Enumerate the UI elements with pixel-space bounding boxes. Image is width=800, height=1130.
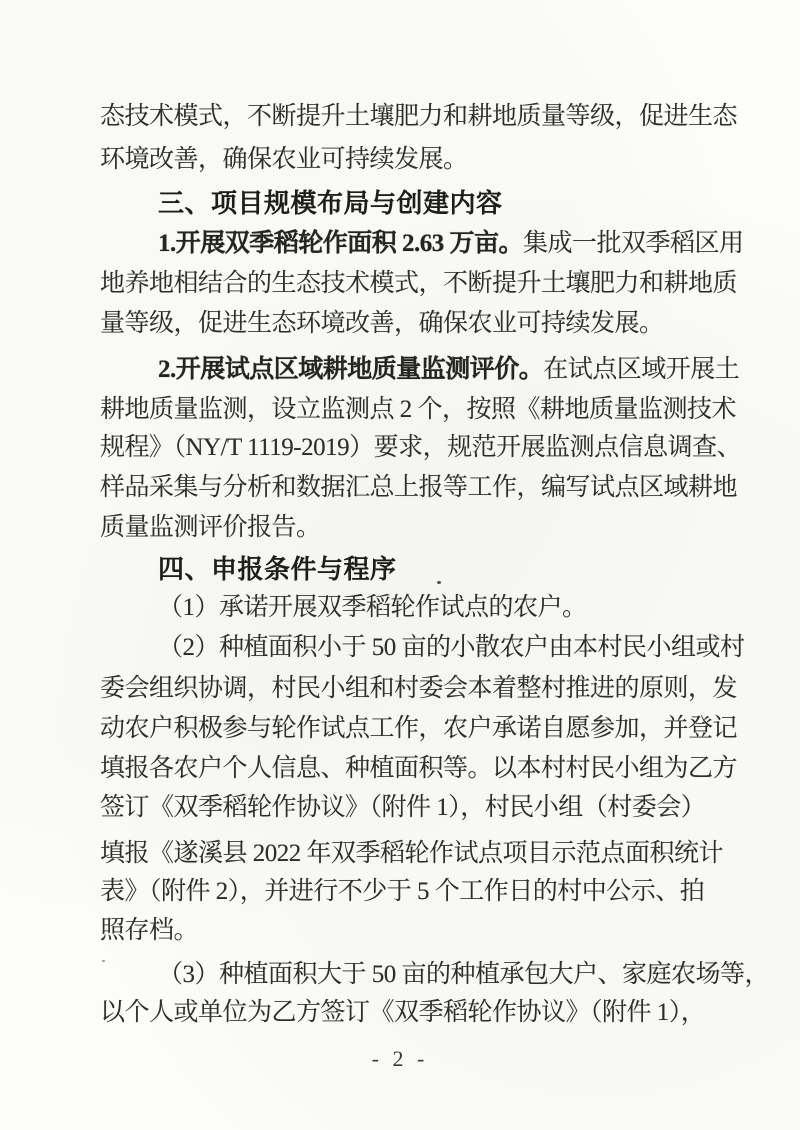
scan-artifact-dot xyxy=(102,960,105,962)
body-line: 2.开展试点区域耕地质量监测评价。在试点区域开展土 xyxy=(100,353,762,393)
body-line: （3）种植面积大于 50 亩的种植承包大户、家庭农场等， xyxy=(100,958,762,998)
body-line: 地养地相结合的生态技术模式，不断提升土壤肥力和耕地质 xyxy=(100,267,704,307)
page-number: - 2 - xyxy=(0,1046,800,1072)
body-line: 填报各农户个人信息、种植面积等。以本村村民小组为乙方 xyxy=(100,752,704,792)
body-line: 样品采集与分析和数据汇总上报等工作，编写试点区域耕地 xyxy=(100,471,704,511)
body-line: 委会组织协调，村民小组和村委会本着整村推进的原则，发 xyxy=(100,672,704,712)
body-line: 填报《遂溪县 2022 年双季稻轮作试点项目示范点面积统计 xyxy=(100,837,704,877)
body-line: 表》（附件 2），并进行不少于 5 个工作日的村中公示、拍 xyxy=(100,875,704,915)
body-line: 环境改善，确保农业可持续发展。 xyxy=(100,143,704,183)
scan-artifact-dot xyxy=(437,581,441,584)
body-line: 态技术模式，不断提升土壤肥力和耕地质量等级，促进生态 xyxy=(100,100,704,140)
section-heading-3: 三、项目规模布局与创建内容 xyxy=(100,186,762,226)
body-line: 签订《双季稻轮作协议》（附件 1），村民小组（村委会） xyxy=(100,791,704,831)
numbered-item-rest: 集成一批双季稻区用 xyxy=(523,230,744,257)
body-line: 1.开展双季稻轮作面积 2.63 万亩。集成一批双季稻区用 xyxy=(100,227,762,267)
numbered-item-lead: 1.开展双季稻轮作面积 2.63 万亩。 xyxy=(158,230,523,257)
body-line: 量等级，促进生态环境改善，确保农业可持续发展。 xyxy=(100,307,704,347)
section-heading-4: 四、申报条件与程序 xyxy=(100,552,762,592)
body-line: （1）承诺开展双季稻轮作试点的农户。 xyxy=(100,591,762,631)
body-line: 照存档。 xyxy=(100,914,704,954)
numbered-item-lead: 2.开展试点区域耕地质量监测评价。 xyxy=(158,356,543,383)
body-line: 耕地质量监测，设立监测点 2 个，按照《耕地质量监测技术 xyxy=(100,393,704,433)
document-page: 态技术模式，不断提升土壤肥力和耕地质量等级，促进生态 环境改善，确保农业可持续发… xyxy=(0,0,800,1130)
body-line: （2）种植面积小于 50 亩的小散农户由本村民小组或村 xyxy=(100,631,762,671)
body-line: 动农户积极参与轮作试点工作，农户承诺自愿参加，并登记 xyxy=(100,712,704,752)
body-line: 以个人或单位为乙方签订《双季稻轮作协议》（附件 1）， xyxy=(100,996,704,1036)
body-line: 规程》（NY/T 1119-2019）要求，规范开展监测点信息调查、 xyxy=(100,431,704,471)
body-line: 质量监测评价报告。 xyxy=(100,511,704,551)
numbered-item-rest: 在试点区域开展土 xyxy=(543,356,739,383)
